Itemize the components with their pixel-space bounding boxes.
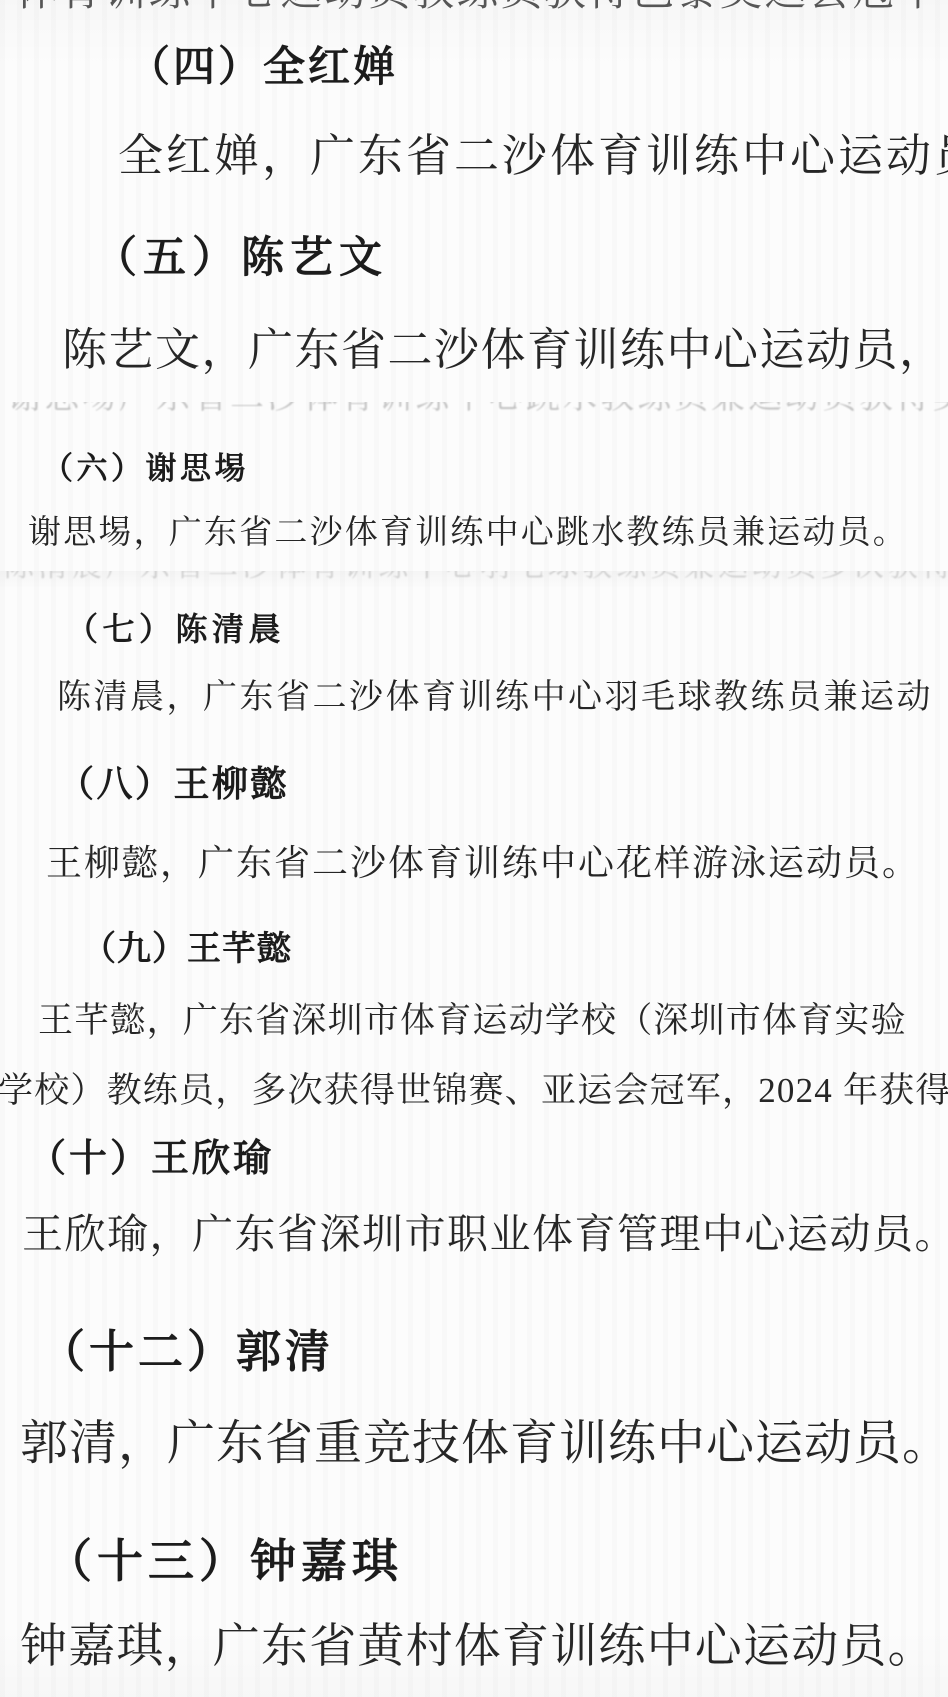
seam-residue-fragment-1: 谢思埸广东省二沙体育训练中心跳水教练员兼运动员获得奥运会冠军	[0, 402, 948, 417]
section-heading-wang-liuyi: （八）王柳懿	[58, 765, 289, 804]
section-heading-guo-qing: （十二）郭清	[40, 1328, 334, 1377]
section-heading-xie-siyi: （六）谢思埸	[42, 452, 249, 485]
clipped-text-line-top: 体育训练中心运动员教练员获得巴黎奥运会冠军名单公示如下体育训练中心	[0, 0, 948, 15]
section-heading-wang-qianyi: （九）王芊懿	[82, 932, 292, 969]
section-body-wang-xinyu: 王欣瑜，广东省深圳市职业体育管理中心运动员。	[22, 1212, 948, 1256]
section-body-quan-hongchan: 全红婵，广东省二沙体育训练中心运动员	[118, 132, 948, 181]
section-body-guo-qing: 郭清，广东省重竞技体育训练中心运动员。	[20, 1418, 948, 1470]
section-body-xie-siyi: 谢思埸，广东省二沙体育训练中心跳水教练员兼运动员。	[28, 516, 908, 552]
section-heading-chen-yiwen: （五）陈艺文	[94, 236, 388, 282]
section-body-chen-yiwen: 陈艺文，广东省二沙体育训练中心运动员，	[62, 326, 946, 375]
scan-seam-residue-2: 陈清晨广东省二沙体育训练中心羽毛球教练员兼运动员多次获得	[0, 571, 948, 587]
section-heading-quan-hongchan: （四）全红婵	[128, 46, 398, 91]
section-body-wang-qianyi-line2: 学校）教练员，多次获得世锦赛、亚运会冠军，2024 年获得	[0, 1072, 948, 1110]
scan-seam-residue-1: 谢思埸广东省二沙体育训练中心跳水教练员兼运动员获得奥运会冠军	[0, 402, 948, 418]
document-page: 体育训练中心运动员教练员获得巴黎奥运会冠军名单公示如下体育训练中心 （四）全红婵…	[0, 0, 948, 1697]
section-heading-wang-xinyu: （十）王欣瑜	[28, 1139, 274, 1180]
seam-residue-fragment-2: 陈清晨广东省二沙体育训练中心羽毛球教练员兼运动员多次获得	[0, 571, 948, 583]
section-heading-zhong-jiaqi: （十三）钟嘉琪	[46, 1537, 403, 1587]
section-body-wang-liuyi: 王柳懿，广东省二沙体育训练中心花样游泳运动员。	[46, 844, 920, 883]
section-heading-chen-qingchen: （七）陈清晨	[66, 612, 285, 647]
clipped-text-fragment: 体育训练中心运动员教练员获得巴黎奥运会冠军名单公示如下体育训练中心	[0, 0, 948, 15]
section-body-wang-qianyi-line1: 王芊懿，广东省深圳市体育运动学校（深圳市体育实验	[38, 1002, 907, 1040]
section-body-zhong-jiaqi: 钟嘉琪，广东省黄村体育训练中心运动员。	[20, 1622, 936, 1673]
section-body-chen-qingchen: 陈清晨，广东省二沙体育训练中心羽毛球教练员兼运动	[57, 680, 933, 717]
